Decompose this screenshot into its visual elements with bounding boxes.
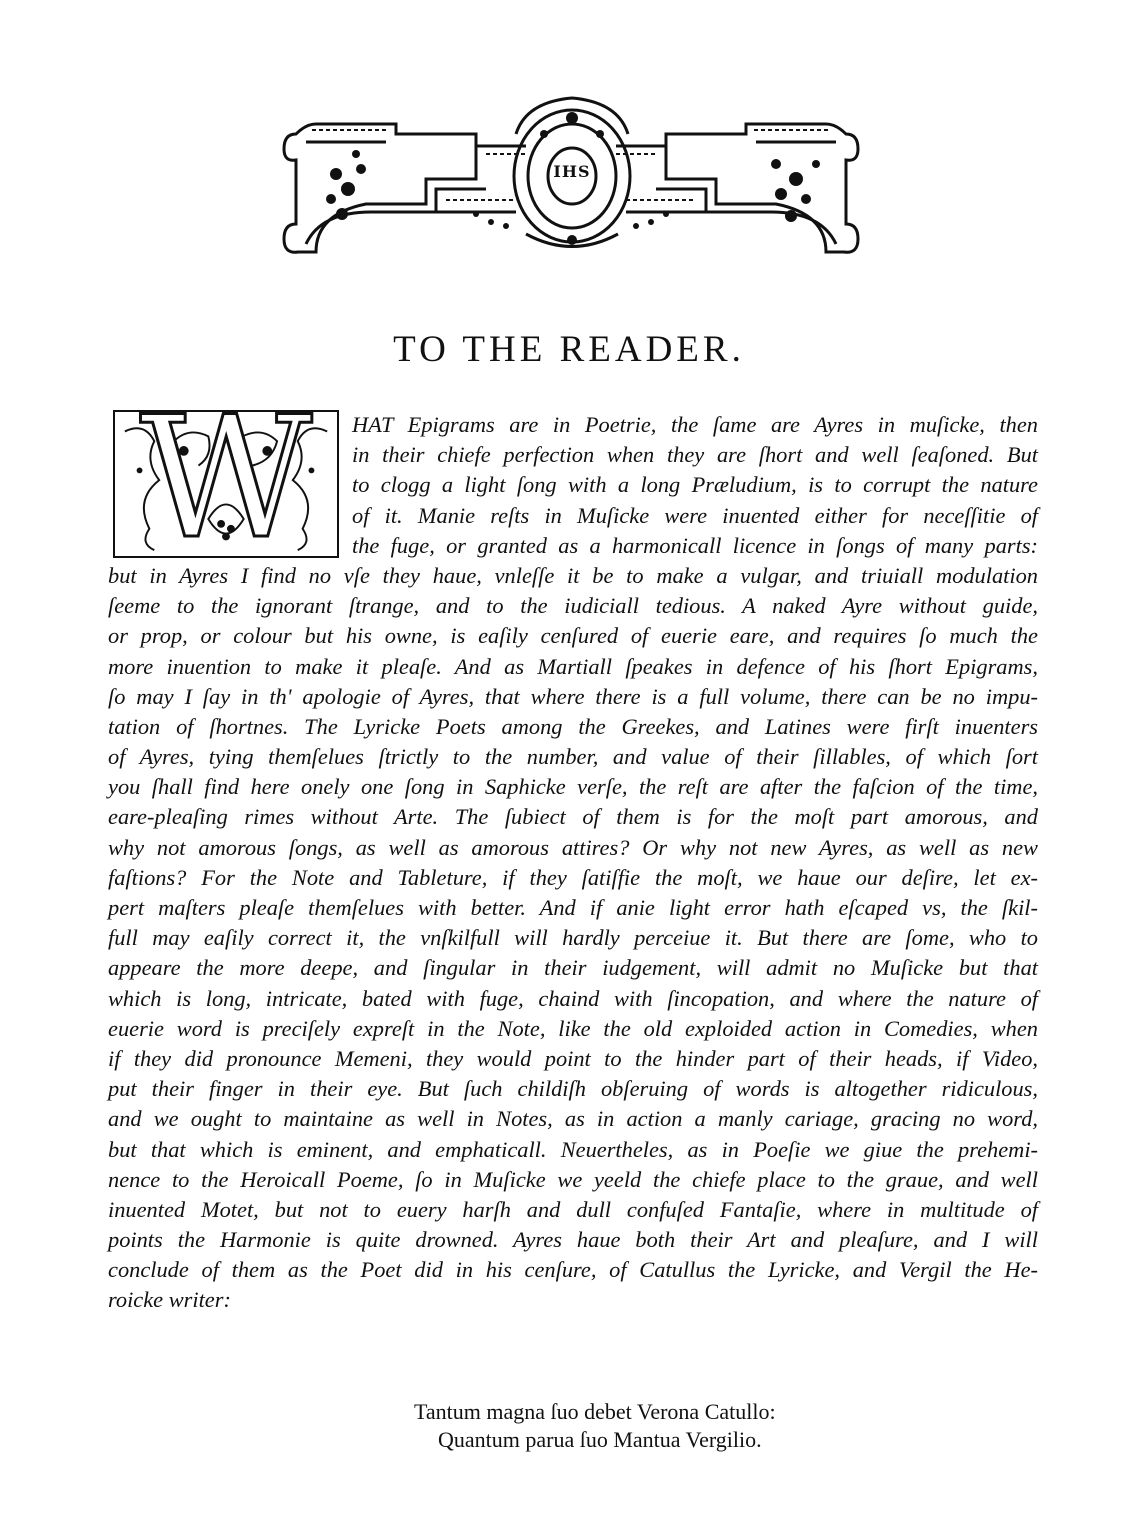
text-line: roicke writer: xyxy=(108,1285,1038,1315)
text-line: inuented Motet, but not to euery harſh a… xyxy=(108,1195,1038,1225)
text-line: full may eaſily correct it, the vnſkilfu… xyxy=(108,923,1038,953)
monogram-ihs: IHS xyxy=(548,162,596,181)
text-line: to clogg a light ſong with a long Prælud… xyxy=(352,470,1038,500)
text-line: and we ought to maintaine as well in Not… xyxy=(108,1104,1038,1134)
text-line: ſeeme to the ignorant ſtrange, and to th… xyxy=(108,591,1038,621)
text-line: in their chiefe perfection when they are… xyxy=(352,440,1038,470)
text-line: more inuention to make it pleaſe. And as… xyxy=(108,652,1038,682)
text-line: faſtions? For the Note and Tableture, if… xyxy=(108,863,1038,893)
text-line: appeare the more deepe, and ſingular in … xyxy=(108,953,1038,983)
text-line: euerie word is preciſely expreſt in the … xyxy=(108,1014,1038,1044)
body-paragraph: HAT Epigrams are in Poetrie, the ſame ar… xyxy=(108,410,1038,1316)
text-line: but in Ayres I find no vſe they haue, vn… xyxy=(108,561,1038,591)
page-title: TO THE READER. xyxy=(0,328,1138,371)
text-line: tation of ſhortnes. The Lyricke Poets am… xyxy=(108,712,1038,742)
text-line: pert maſters pleaſe themſelues with bett… xyxy=(108,893,1038,923)
text-line: the fuge, or granted as a harmonicall li… xyxy=(352,531,1038,561)
text-line: eare-pleaſing rimes without Arte. The ſu… xyxy=(108,802,1038,832)
text-line: nence to the Heroicall Poeme, ſo in Muſi… xyxy=(108,1165,1038,1195)
text-line: you ſhall find here onely one ſong in Sa… xyxy=(108,772,1038,802)
text-line: of Ayres, tying themſelues ſtrictly to t… xyxy=(108,742,1038,772)
text-line: or prop, or colour but his owne, is eaſi… xyxy=(108,621,1038,651)
text-line: but that which is eminent, and emphatica… xyxy=(108,1135,1038,1165)
text-line: which is long, intricate, bated with fug… xyxy=(108,984,1038,1014)
text-line: of it. Manie reſts in Muſicke were inuen… xyxy=(352,501,1038,531)
text-line: conclude of them as the Poet did in his … xyxy=(108,1255,1038,1285)
verse-line-1: Tantum magna ſuo debet Verona Catullo: xyxy=(414,1398,776,1426)
book-page: IHS TO THE READER. W HAT Epigrams are in… xyxy=(0,0,1138,1520)
text-line: HAT Epigrams are in Poetrie, the ſame ar… xyxy=(352,410,1038,440)
text-line: put their finger in their eye. But ſuch … xyxy=(108,1074,1038,1104)
ornamental-headpiece: IHS xyxy=(276,94,866,256)
text-line: ſo may I ſay in th' apologie of Ayres, t… xyxy=(108,682,1038,712)
text-line: why not amorous ſongs, as well as amorou… xyxy=(108,833,1038,863)
text-line: if they did pronounce Memeni, they would… xyxy=(108,1044,1038,1074)
text-line: points the Harmonie is quite drowned. Ay… xyxy=(108,1225,1038,1255)
verse-line-2: Quantum parua ſuo Mantua Vergilio. xyxy=(438,1426,762,1454)
